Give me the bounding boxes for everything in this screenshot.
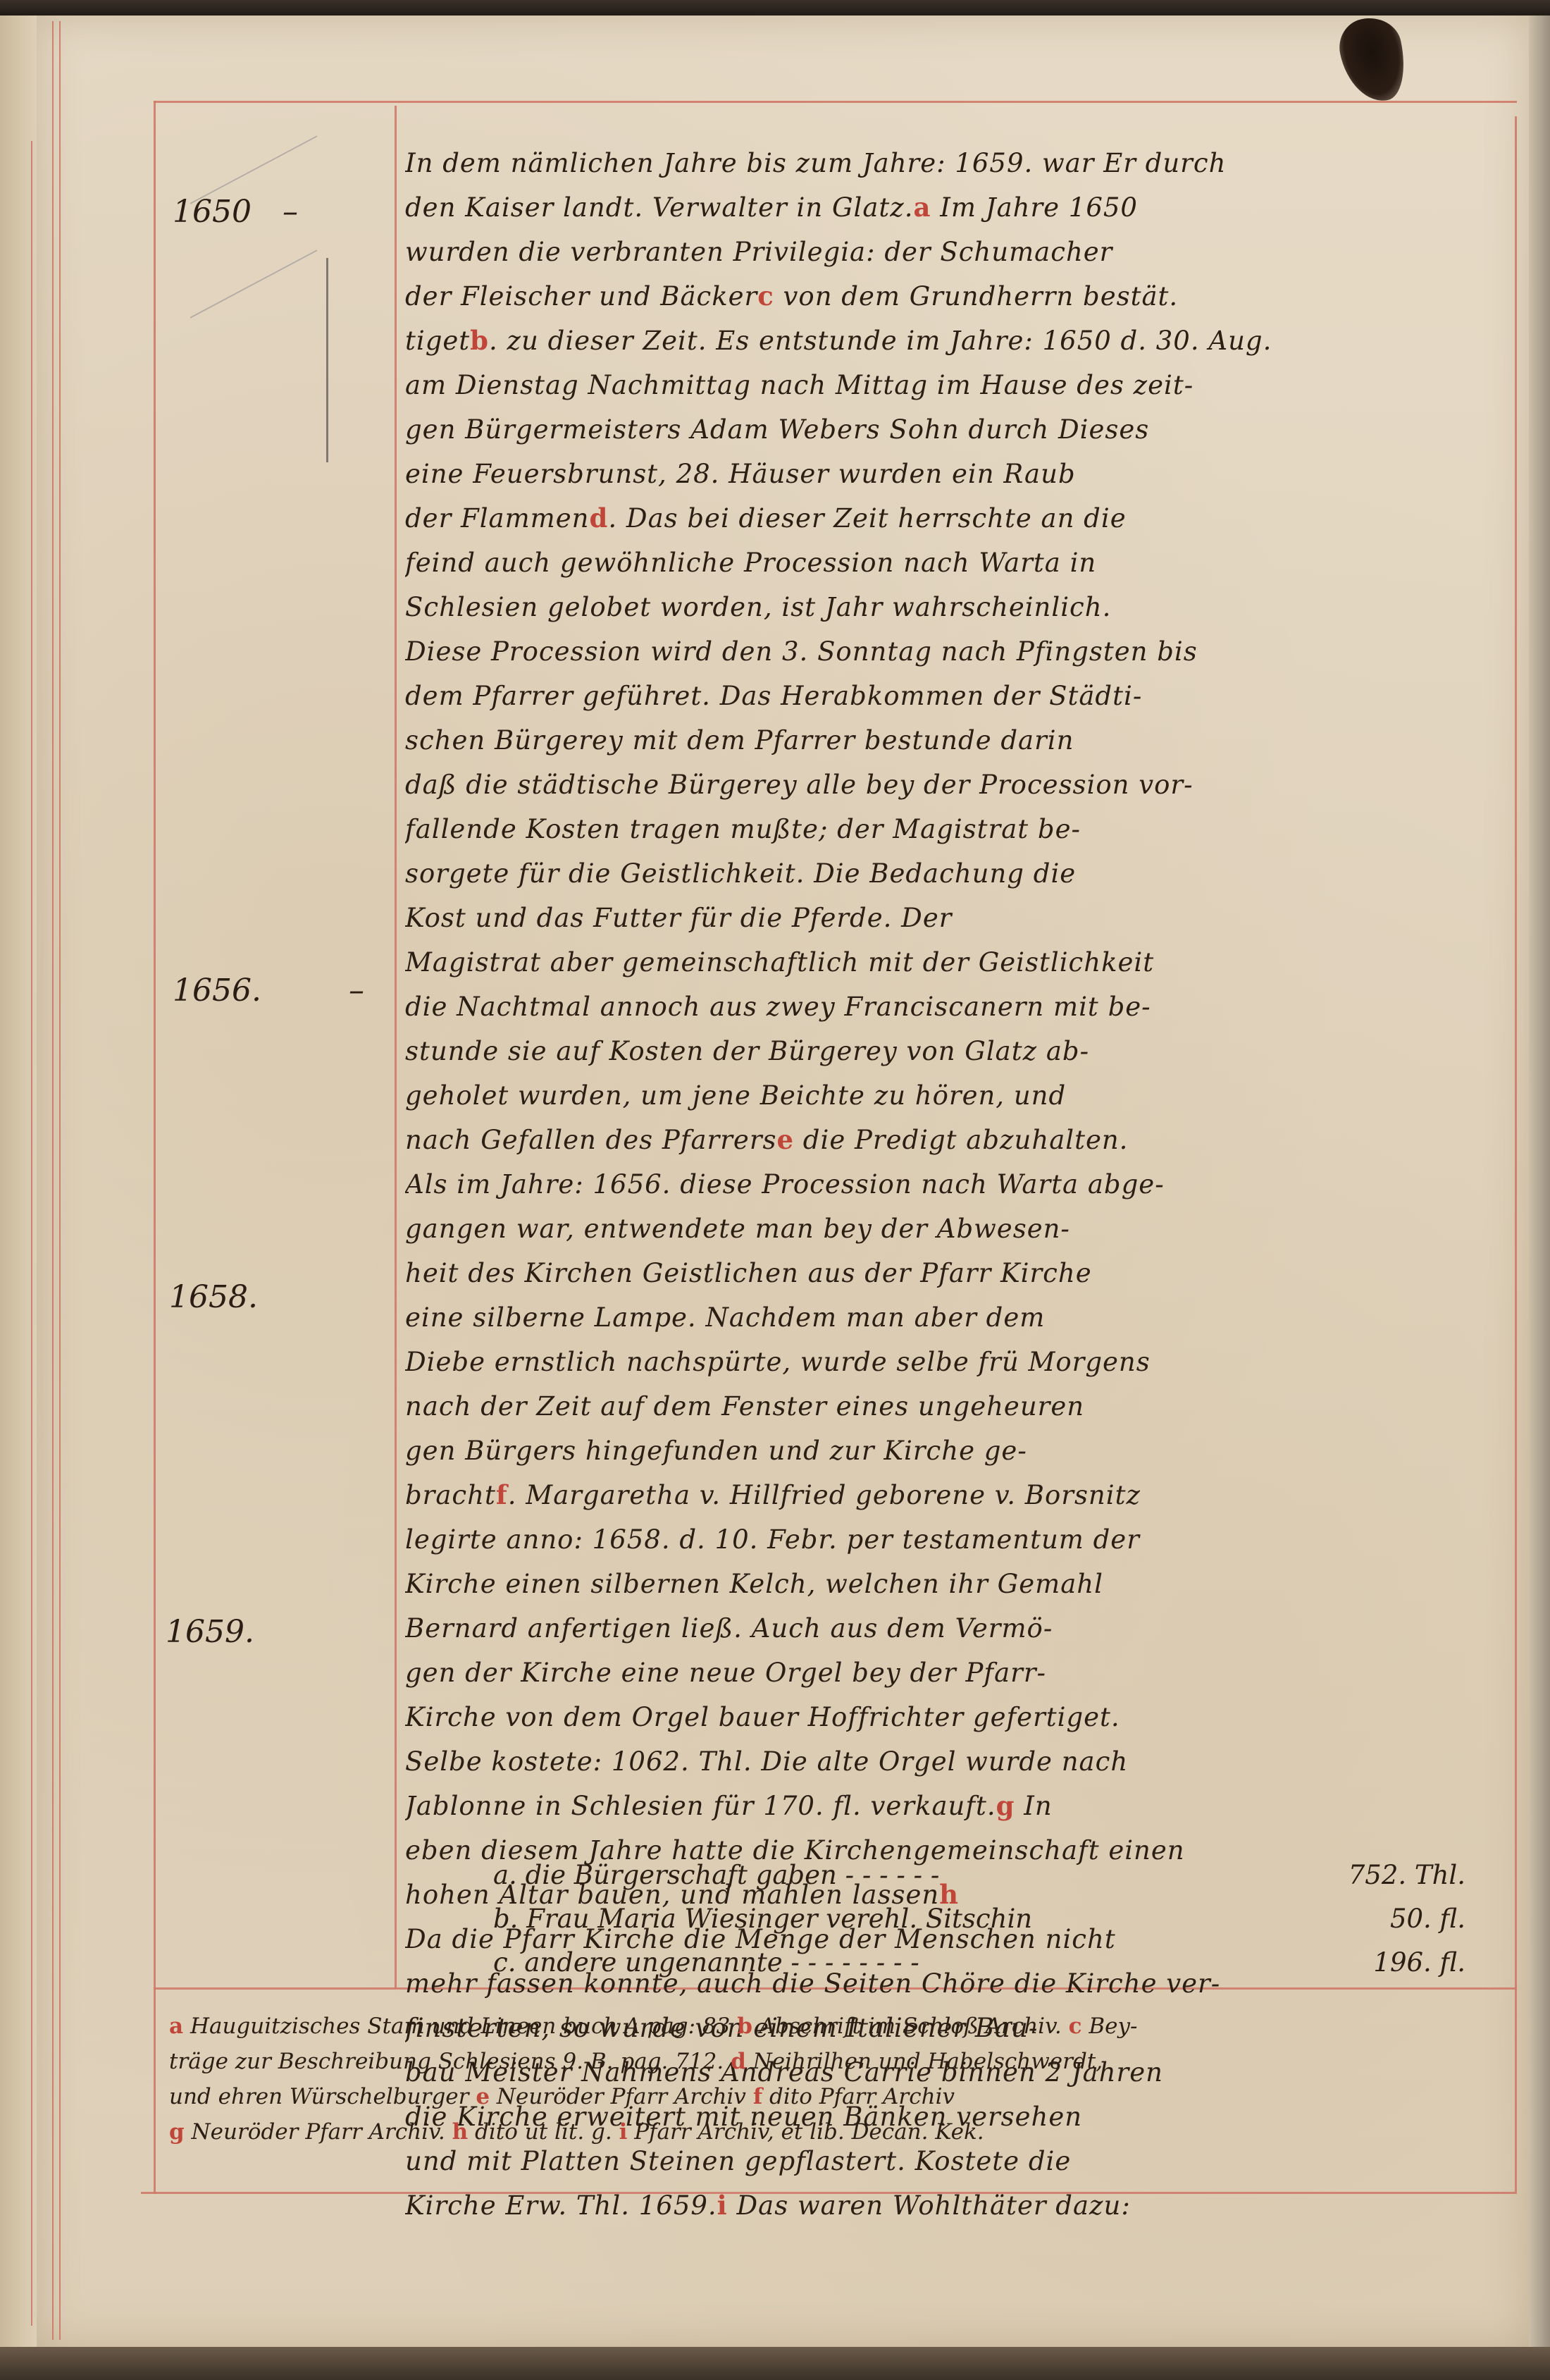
line-text: feind auch gewöhnliche Procession nach W… — [405, 548, 1096, 578]
footnotes-section: a Hauguitzisches Stam und Lineen buch A … — [169, 2009, 1508, 2150]
year-dash: – — [283, 194, 298, 230]
footnote-line: träge zur Beschreibung Schlesiens 9. B. … — [169, 2044, 1508, 2079]
text-line: gen der Kirche eine neue Orgel bey der P… — [405, 1651, 1504, 1695]
donation-label: c. andere ungenannte - - - - - - - - — [493, 1941, 919, 1985]
line-text: nach Gefallen des Pfarrers — [405, 1125, 777, 1155]
line-text: schen Bürgerey mit dem Pfarrer bestunde … — [405, 725, 1074, 756]
text-line: nach der Zeit auf dem Fenster eines unge… — [405, 1384, 1504, 1429]
page-stack-edge — [1529, 16, 1550, 2347]
line-text: In dem nämlichen Jahre bis zum Jahre: 16… — [405, 148, 1226, 178]
line-text: dem Pfarrer geführet. Das Herabkommen de… — [405, 681, 1142, 711]
year-label: 1658. — [169, 1279, 258, 1315]
text-line: Kirche von dem Orgel bauer Hoffrichter g… — [405, 1695, 1504, 1739]
text-line: Als im Jahre: 1656. diese Procession nac… — [405, 1162, 1504, 1207]
book-binding-top — [0, 0, 1550, 17]
text-line: der Fleischer und Bäckerc von dem Grundh… — [405, 274, 1504, 319]
line-text: gen Bürgermeisters Adam Webers Sohn durc… — [405, 414, 1149, 445]
footnote-marker: a — [169, 2014, 183, 2039]
line-text: eine silberne Lampe. Nachdem man aber de… — [405, 1302, 1045, 1333]
footnote-text: Abschrift im Schloß Archiv. — [752, 2014, 1069, 2039]
line-text: Diese Procession wird den 3. Sonntag nac… — [405, 636, 1198, 667]
frame-left-rule — [154, 101, 156, 2194]
line-text: gen der Kirche eine neue Orgel bey der P… — [405, 1658, 1046, 1688]
text-line: Selbe kostete: 1062. Thl. Die alte Orgel… — [405, 1739, 1504, 1784]
footnote-line: a Hauguitzisches Stam und Lineen buch A … — [169, 2009, 1508, 2044]
footnote-marker: d — [590, 502, 609, 534]
line-text-continued: . Margaretha v. Hillfried geborene v. Bo… — [508, 1480, 1141, 1510]
text-line: heit des Kirchen Geistlichen aus der Pfa… — [405, 1251, 1504, 1295]
page-edge-ruling — [52, 21, 54, 2340]
footnote-text: dito ut lit. g. — [468, 2119, 619, 2145]
text-line: daß die städtische Bürgerey alle bey der… — [405, 763, 1504, 807]
line-text: am Dienstag Nachmittag nach Mittag im Ha… — [405, 370, 1193, 400]
text-line: tigetb. zu dieser Zeit. Es entstunde im … — [405, 319, 1504, 363]
line-text-continued: In — [1015, 1791, 1053, 1821]
margin-year-1658: 1658. — [169, 1279, 258, 1315]
text-line: Magistrat aber gemeinschaftlich mit der … — [405, 940, 1504, 985]
donation-row: b. Frau Maria Wiesinger verehl. Sitschin… — [493, 1897, 1465, 1941]
line-text: geholet wurden, um jene Beichte zu hören… — [405, 1080, 1066, 1111]
pencil-mark — [326, 258, 328, 462]
footnote-marker: c — [1069, 2014, 1082, 2039]
footnote-marker: g — [169, 2119, 185, 2145]
donation-list: a. die Bürgerschaft gaben - - - - - - 75… — [493, 1854, 1465, 1985]
text-line: Bernard anfertigen ließ. Auch aus dem Ve… — [405, 1606, 1504, 1651]
line-text: den Kaiser landt. Verwalter in Glatz. — [405, 192, 914, 223]
line-text: bracht — [405, 1480, 496, 1510]
line-text: sorgete für die Geistlichkeit. Die Bedac… — [405, 858, 1076, 889]
footnote-marker: e — [777, 1124, 795, 1155]
line-text: der Fleischer und Bäcker — [405, 281, 757, 312]
book-binding-bottom — [0, 2347, 1550, 2380]
text-line: wurden die verbranten Privilegia: der Sc… — [405, 230, 1504, 274]
text-line: eine silberne Lampe. Nachdem man aber de… — [405, 1295, 1504, 1340]
footnote-text: Hauguitzisches Stam und Lineen buch A pa… — [183, 2014, 737, 2039]
text-line: gen Bürgers hingefunden und zur Kirche g… — [405, 1429, 1504, 1473]
line-text: fallende Kosten tragen mußte; der Magist… — [405, 814, 1081, 844]
text-line: Kost und das Futter für die Pferde. Der — [405, 896, 1504, 940]
line-text-continued: von dem Grundherrn bestät. — [774, 281, 1178, 312]
footnote-text: Pfarr Archiv, et lib. Decan. Kek. — [627, 2119, 984, 2145]
text-line: geholet wurden, um jene Beichte zu hören… — [405, 1073, 1504, 1118]
line-text: nach der Zeit auf dem Fenster eines unge… — [405, 1391, 1084, 1422]
footnote-text: Neuröder Pfarr Archiv — [490, 2084, 753, 2109]
donation-amount: 196. fl. — [1373, 1941, 1465, 1985]
footnote-marker: g — [996, 1790, 1015, 1821]
line-text: legirte anno: 1658. d. 10. Febr. per tes… — [405, 1524, 1140, 1555]
footnote-marker: d — [731, 2049, 746, 2074]
line-text: Diebe ernstlich nachspürte, wurde selbe … — [405, 1347, 1151, 1377]
line-text: Schlesien gelobet worden, ist Jahr wahrs… — [405, 592, 1111, 622]
donation-label: a. die Bürgerschaft gaben - - - - - - — [493, 1854, 939, 1897]
donation-amount: 752. Thl. — [1348, 1854, 1465, 1897]
text-line: Diese Procession wird den 3. Sonntag nac… — [405, 629, 1504, 674]
line-text: Kirche Erw. Thl. 1659. — [405, 2190, 717, 2221]
line-text: stunde sie auf Kosten der Bürgerey von G… — [405, 1036, 1089, 1066]
text-line: sorgete für die Geistlichkeit. Die Bedac… — [405, 851, 1504, 896]
line-text: der Flammen — [405, 503, 590, 534]
line-text-continued: die Predigt abzuhalten. — [794, 1125, 1128, 1155]
footnote-line: und ehren Würschelburger e Neuröder Pfar… — [169, 2079, 1508, 2114]
text-line: den Kaiser landt. Verwalter in Glatz.a I… — [405, 185, 1504, 230]
text-line: gangen war, entwendete man bey der Abwes… — [405, 1207, 1504, 1251]
text-line: In dem nämlichen Jahre bis zum Jahre: 16… — [405, 141, 1504, 185]
footnote-marker: f — [496, 1479, 508, 1510]
donation-amount: 50. fl. — [1390, 1897, 1465, 1941]
footnote-marker: i — [717, 2190, 728, 2221]
text-line: Schlesien gelobet worden, ist Jahr wahrs… — [405, 585, 1504, 629]
line-text: Bernard anfertigen ließ. Auch aus dem Ve… — [405, 1613, 1053, 1644]
line-text: Magistrat aber gemeinschaftlich mit der … — [405, 947, 1154, 978]
footnote-marker: a — [914, 192, 931, 223]
year-dash: – — [349, 973, 364, 1009]
text-line: schen Bürgerey mit dem Pfarrer bestunde … — [405, 718, 1504, 763]
line-text: die Nachtmal annoch aus zwey Franciscane… — [405, 992, 1151, 1022]
line-text: eine Feuersbrunst, 28. Häuser wurden ein… — [405, 459, 1076, 489]
line-text-continued: . zu dieser Zeit. Es entstunde im Jahre:… — [489, 326, 1272, 356]
page-edge-ruling — [59, 21, 61, 2340]
line-text: gen Bürgers hingefunden und zur Kirche g… — [405, 1436, 1027, 1466]
line-text: wurden die verbranten Privilegia: der Sc… — [405, 237, 1112, 267]
line-text: Jablonne in Schlesien für 170. fl. verka… — [405, 1791, 996, 1821]
footnote-marker: e — [476, 2084, 490, 2109]
text-line: Kirche einen silbernen Kelch, welchen ih… — [405, 1562, 1504, 1606]
footnote-marker: h — [452, 2119, 469, 2145]
margin-year-1656: 1656. – — [173, 973, 364, 1009]
footnote-text: Neuröder Pfarr Archiv. — [185, 2119, 452, 2145]
text-line: legirte anno: 1658. d. 10. Febr. per tes… — [405, 1517, 1504, 1562]
footnote-text: Bey- — [1082, 2014, 1138, 2039]
text-line: eine Feuersbrunst, 28. Häuser wurden ein… — [405, 452, 1504, 496]
footnote-marker: b — [737, 2014, 752, 2039]
line-text-continued: Das waren Wohlthäter dazu: — [728, 2190, 1131, 2221]
line-text: Selbe kostete: 1062. Thl. Die alte Orgel… — [405, 1746, 1128, 1777]
donation-label: b. Frau Maria Wiesinger verehl. Sitschin — [493, 1897, 1032, 1941]
line-text: Kirche von dem Orgel bauer Hoffrichter g… — [405, 1702, 1120, 1732]
line-text: Kost und das Futter für die Pferde. Der — [405, 903, 952, 933]
line-text-continued: . Das bei dieser Zeit herrschte an die — [608, 503, 1126, 534]
text-line: der Flammend. Das bei dieser Zeit herrsc… — [405, 496, 1504, 541]
text-line: gen Bürgermeisters Adam Webers Sohn durc… — [405, 407, 1504, 452]
margin-year-1650: 1650 – — [173, 194, 298, 230]
text-line: brachtf. Margaretha v. Hillfried geboren… — [405, 1473, 1504, 1517]
footnote-text: und ehren Würschelburger — [169, 2084, 476, 2109]
text-line: die Nachtmal annoch aus zwey Franciscane… — [405, 985, 1504, 1029]
footnote-text: dito Pfarr Archiv — [762, 2084, 955, 2109]
line-text-continued: Im Jahre 1650 — [931, 192, 1138, 223]
donation-row: c. andere ungenannte - - - - - - - - 196… — [493, 1941, 1465, 1985]
line-text: heit des Kirchen Geistlichen aus der Pfa… — [405, 1258, 1092, 1288]
footnote-marker: c — [757, 280, 774, 312]
year-label: 1656. — [173, 973, 261, 1009]
donation-row: a. die Bürgerschaft gaben - - - - - - 75… — [493, 1854, 1465, 1897]
line-text: daß die städtische Bürgerey alle bey der… — [405, 770, 1193, 800]
text-line: fallende Kosten tragen mußte; der Magist… — [405, 807, 1504, 851]
margin-year-1659: 1659. — [166, 1614, 254, 1650]
line-text: tiget — [405, 326, 470, 356]
line-text: Kirche einen silbernen Kelch, welchen ih… — [405, 1569, 1103, 1599]
line-text: und mit Platten Steinen gepflastert. Kos… — [405, 2146, 1071, 2176]
footnote-marker: f — [753, 2084, 762, 2109]
text-line: Jablonne in Schlesien für 170. fl. verka… — [405, 1784, 1504, 1828]
page-edge-ruling — [31, 141, 32, 2326]
year-label: 1659. — [166, 1614, 254, 1650]
footnote-line: g Neuröder Pfarr Archiv. h dito ut lit. … — [169, 2114, 1508, 2150]
footnote-text: Neihrilhen und Habelschwerdt, — [746, 2049, 1103, 2074]
frame-right-rule — [1515, 116, 1517, 2192]
text-line: Diebe ernstlich nachspürte, wurde selbe … — [405, 1340, 1504, 1384]
text-line: nach Gefallen des Pfarrerse die Predigt … — [405, 1118, 1504, 1162]
column-divider-rule — [395, 106, 397, 1989]
text-line: dem Pfarrer geführet. Das Herabkommen de… — [405, 674, 1504, 718]
text-line: am Dienstag Nachmittag nach Mittag im Ha… — [405, 363, 1504, 407]
text-line: feind auch gewöhnliche Procession nach W… — [405, 541, 1504, 585]
line-text: Als im Jahre: 1656. diese Procession nac… — [405, 1169, 1165, 1200]
line-text: gangen war, entwendete man bey der Abwes… — [405, 1214, 1070, 1244]
text-line: stunde sie auf Kosten der Bürgerey von G… — [405, 1029, 1504, 1073]
footnote-marker: b — [470, 325, 489, 356]
footnote-marker: i — [619, 2119, 628, 2145]
footnote-text: träge zur Beschreibung Schlesiens 9. B. … — [169, 2049, 731, 2074]
text-line: Kirche Erw. Thl. 1659.i Das waren Wohlth… — [405, 2183, 1504, 2228]
frame-top-rule — [154, 101, 1517, 103]
year-label: 1650 — [173, 194, 252, 230]
